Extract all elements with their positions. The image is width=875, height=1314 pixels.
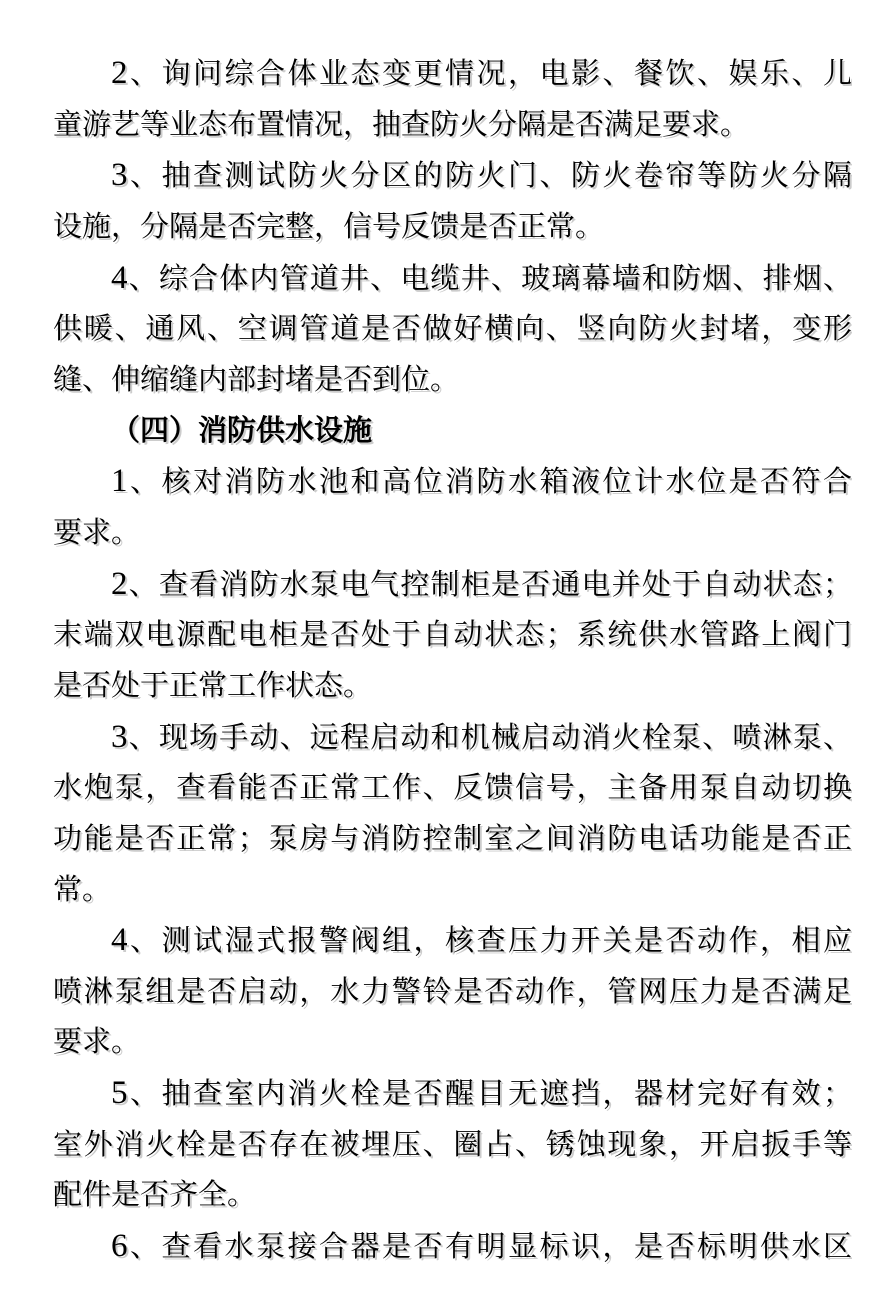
text-line: 1、核对消防水池和高位消防水箱液位计水位是否符合 [53,456,852,508]
document-page: 2、询问综合体业态变更情况，电影、餐饮、娱乐、儿童游艺等业态布置情况，抽查防火分… [0,0,875,1314]
item-number: 2 [111,566,128,602]
text-line: 3、现场手动、远程启动和机械启动消火栓泵、喷淋泵、 [53,712,852,764]
text-line: 3、抽查测试防火分区的防火门、防火卷帘等防火分隔 [53,150,852,202]
text-line: 4、测试湿式报警阀组，核查压力开关是否动作，相应 [53,915,852,967]
section-heading: （四）消防供水设施 [53,406,852,457]
item-number: 6 [111,1228,128,1264]
item-number: 3 [111,719,128,755]
text-line: 配件是否齐全。 [53,1170,852,1221]
text-line: 6、查看水泵接合器是否有明显标识，是否标明供水区 [53,1221,852,1273]
text-line: 要求。 [53,508,852,559]
text-line: 2、查看消防水泵电气控制柜是否通电并处于自动状态； [53,559,852,611]
item-number: 4 [111,922,128,958]
text-line: 5、抽查室内消火栓是否醒目无遮挡，器材完好有效； [53,1068,852,1120]
text-line: 喷淋泵组是否启动，水力警铃是否动作，管网压力是否满足 [53,967,852,1018]
text-line: 供暖、通风、空调管道是否做好横向、竖向防火封堵，变形 [53,304,852,355]
item-number: 4 [111,260,128,296]
item-number: 1 [111,463,128,499]
text-line: 功能是否正常；泵房与消防控制室之间消防电话功能是否正 [53,814,852,865]
item-number: 5 [111,1075,128,1111]
text-line: 室外消火栓是否存在被埋压、圈占、锈蚀现象，开启扳手等 [53,1120,852,1171]
text-line: 是否处于正常工作状态。 [53,661,852,712]
item-number: 2 [111,55,128,91]
text-line: 童游艺等业态布置情况，抽查防火分隔是否满足要求。 [53,100,852,151]
item-number: 3 [111,157,128,193]
text-line: 要求。 [53,1017,852,1068]
text-line: 缝、伸缩缝内部封堵是否到位。 [53,355,852,406]
text-line: 4、综合体内管道井、电缆井、玻璃幕墙和防烟、排烟、 [53,253,852,305]
text-line: 设施，分隔是否完整，信号反馈是否正常。 [53,202,852,253]
text-line: 常。 [53,865,852,916]
text-line: 2、询问综合体业态变更情况，电影、餐饮、娱乐、儿 [53,48,852,100]
text-line: 水炮泵，查看能否正常工作、反馈信号，主备用泵自动切换 [53,763,852,814]
document-text-block: 2、询问综合体业态变更情况，电影、餐饮、娱乐、儿童游艺等业态布置情况，抽查防火分… [53,48,852,1273]
text-line: 末端双电源配电柜是否处于自动状态；系统供水管路上阀门 [53,610,852,661]
